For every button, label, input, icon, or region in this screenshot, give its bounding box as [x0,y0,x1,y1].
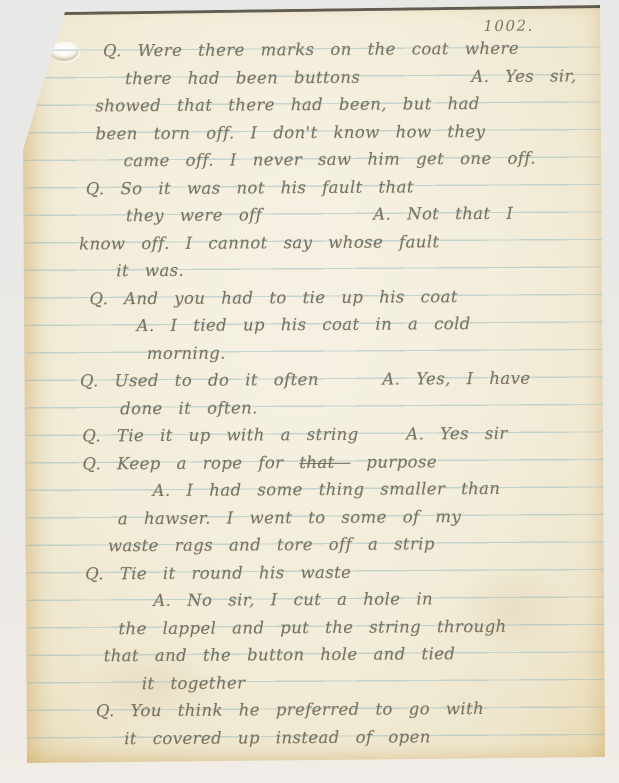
manuscript-line: showed that there had been, but had [20,90,602,121]
manuscript-line: Q. Keep a rope for that purpose [22,448,604,479]
manuscript-line: know off. I cannot say whose fault [21,228,603,259]
manuscript-line: Q. Tie it round his waste [23,558,605,589]
manuscript-line: A. I had some thing smaller than [23,475,605,506]
manuscript-line: it was. [21,255,603,286]
manuscript-line: Q. And you had to tie up his coat [21,283,603,314]
manuscript-line: came off. I never saw him get one off. [21,145,603,176]
photograph-background: 1002. Q. Were there marks on the coat wh… [0,0,619,783]
manuscript-line: Q. Were there marks on the coat where [20,35,602,66]
manuscript-line: morning. [22,338,604,369]
manuscript-line: Q. You think he preferred to go with [24,695,606,726]
manuscript-line: A. I tied up his coat in a cold [22,310,604,341]
manuscript-line: the lappel and put the string through [23,613,605,644]
manuscript-line: Q. Tie it up with a string A. Yes sir [22,420,604,451]
manuscript-line: it covered up instead of open [24,723,606,754]
manuscript-line: Q. Used to do it often A. Yes, I have [22,365,604,396]
manuscript-line: waste rags and tore off a strip [23,530,605,561]
manuscript-line: that and the button hole and tied [24,640,606,671]
manuscript-line: Q. So it was not his fault that [21,173,603,204]
manuscript-page: 1002. Q. Were there marks on the coat wh… [22,4,608,764]
page-content: 1002. Q. Were there marks on the coat wh… [20,2,611,766]
manuscript-line: there had been buttons A. Yes sir, [20,63,602,94]
manuscript-line: been torn off. I don't know how they [20,118,602,149]
paper-smudge [34,50,50,56]
manuscript-line: they were off A. Not that I [21,200,603,231]
manuscript-lines: Q. Were there marks on the coat wherethe… [20,35,606,754]
manuscript-line: a hawser. I went to some of my [23,503,605,534]
manuscript-line: it together [24,668,606,699]
page-number: 1002. [483,17,534,35]
manuscript-line: A. No sir, I cut a hole in [23,585,605,616]
manuscript-line: done it often. [22,393,604,424]
